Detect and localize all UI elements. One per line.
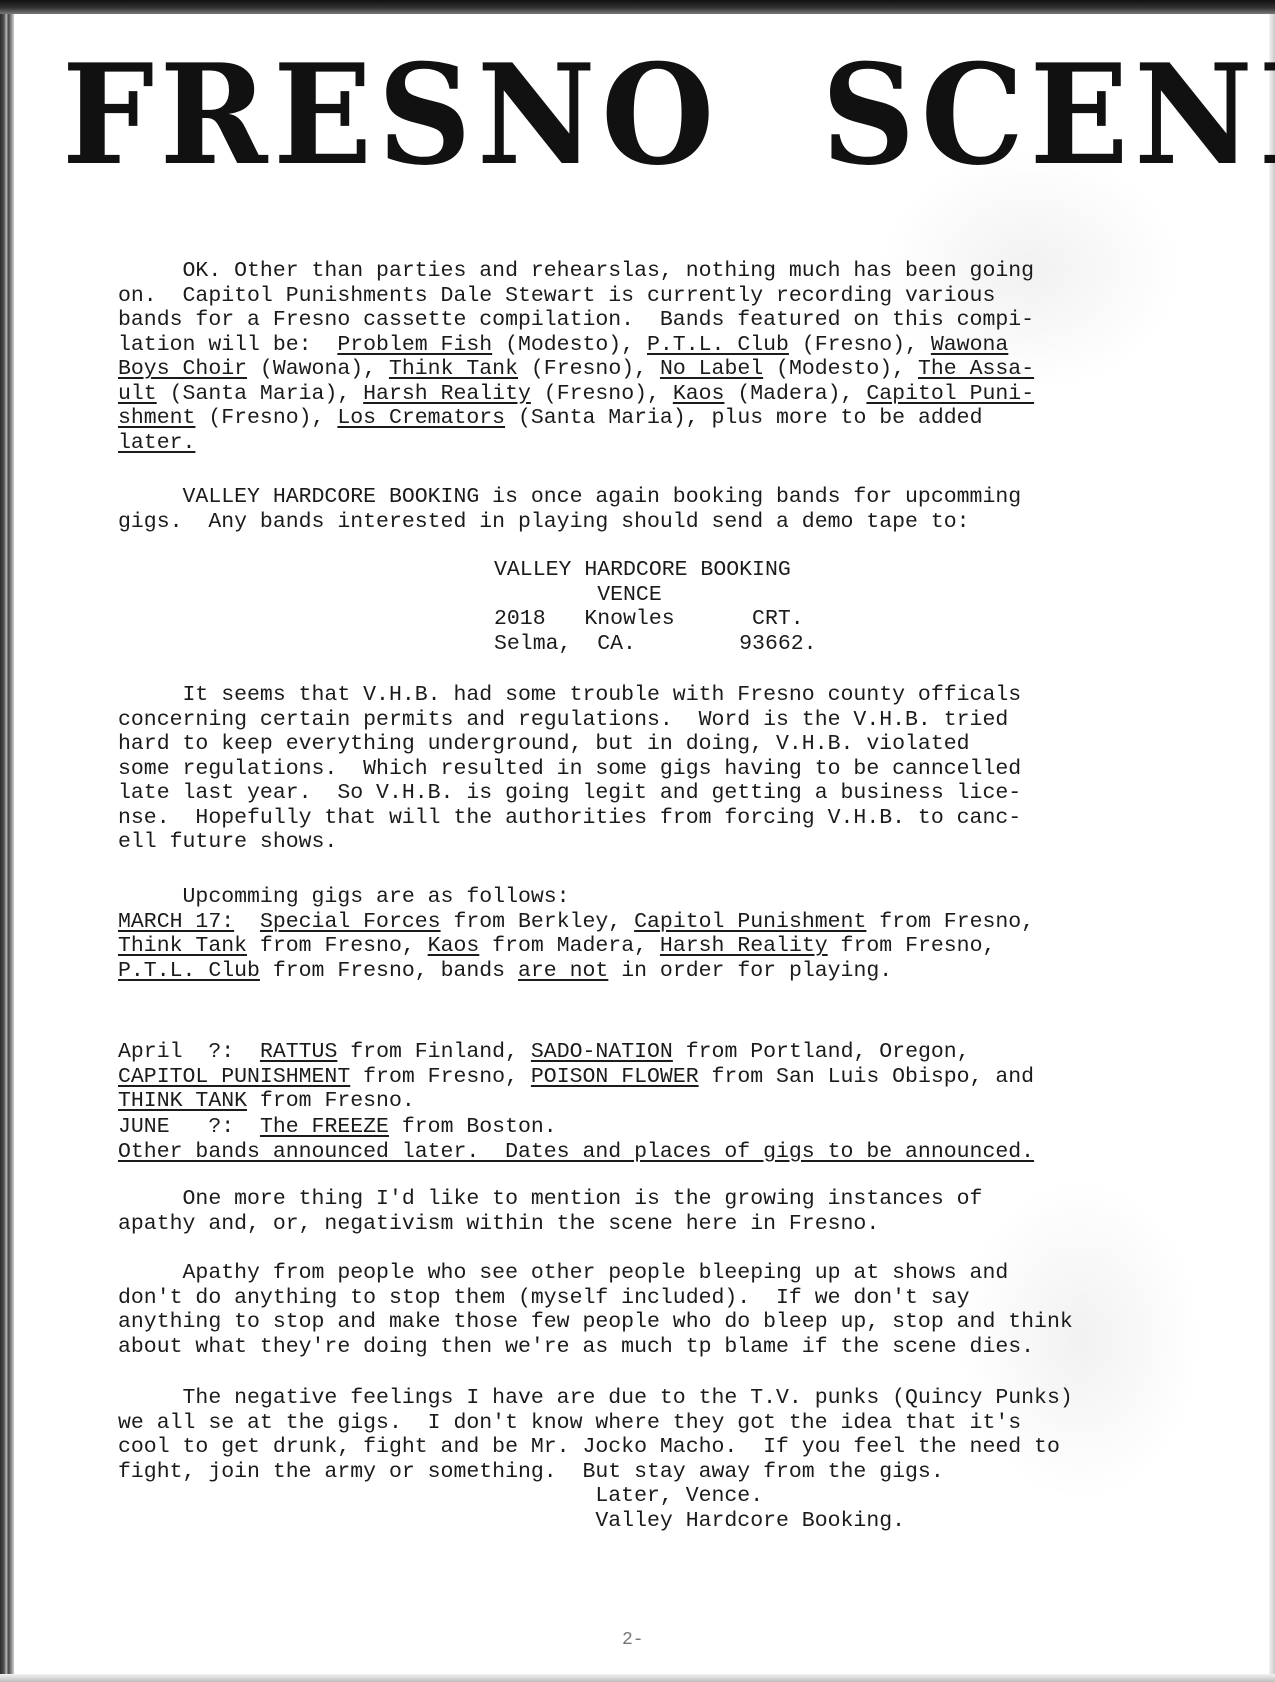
text-line: ult (Santa Maria), Harsh Reality (Fresno… [118, 382, 1034, 407]
text-line: bands for a Fresno cassette compilation.… [118, 308, 1034, 333]
text-run: concerning certain permits and regulatio… [118, 708, 1008, 732]
text-run: hard to keep everything underground, but… [118, 732, 970, 756]
underlined-text: MARCH 17: [118, 910, 234, 934]
text-line: VENCE [494, 583, 817, 608]
underlined-text: ult [118, 382, 157, 406]
gig-list-june: JUNE ?: The FREEZE from Boston.Other ban… [118, 1115, 1034, 1164]
text-run: Apathy from people who see other people … [118, 1261, 1008, 1285]
text-run: (Fresno), [531, 382, 673, 406]
text-line: cool to get drunk, fight and be Mr. Jock… [118, 1435, 1073, 1460]
underlined-text: Think Tank [389, 357, 518, 381]
scan-bottom-edge [0, 1674, 1275, 1682]
text-run: don't do anything to stop them (myself i… [118, 1286, 970, 1310]
text-run: from Fresno, [350, 1065, 531, 1089]
text-run: (Fresno), [518, 357, 660, 381]
text-run: from Fresno, [247, 934, 428, 958]
text-run: (Wawona), [247, 357, 389, 381]
gig-list-march: Upcomming gigs are as follows:MARCH 17: … [118, 885, 1034, 983]
text-run: from Fresno. [247, 1089, 415, 1113]
text-line: Apathy from people who see other people … [118, 1261, 1073, 1286]
text-line: on. Capitol Punishments Dale Stewart is … [118, 284, 1034, 309]
text-line: shment (Fresno), Los Cremators (Santa Ma… [118, 406, 1034, 431]
text-run: on. Capitol Punishments Dale Stewart is … [118, 284, 995, 308]
text-run: from Portland, Oregon, [673, 1040, 970, 1064]
text-run: from Berkley, [441, 910, 635, 934]
text-run: (Santa Maria), plus more to be added [505, 406, 982, 430]
underlined-text: No Label [660, 357, 763, 381]
text-line: hard to keep everything underground, but… [118, 732, 1021, 757]
text-line: THINK TANK from Fresno. [118, 1089, 1034, 1114]
text-run: VENCE [494, 583, 662, 607]
text-line: late last year. So V.H.B. is going legit… [118, 781, 1021, 806]
text-line: Later, Vence. [118, 1484, 1073, 1509]
gig-list-april: April ?: RATTUS from Finland, SADO-NATIO… [118, 1040, 1034, 1114]
text-run: One more thing I'd like to mention is th… [118, 1187, 982, 1211]
text-line: It seems that V.H.B. had some trouble wi… [118, 683, 1021, 708]
text-run: JUNE ?: [118, 1115, 260, 1139]
underlined-text: Other bands announced later. Dates and p… [118, 1140, 1034, 1164]
paragraph-permits: It seems that V.H.B. had some trouble wi… [118, 683, 1021, 855]
text-line: gigs. Any bands interested in playing sh… [118, 510, 1021, 535]
text-line: don't do anything to stop them (myself i… [118, 1286, 1073, 1311]
text-line: lation will be: Problem Fish (Modesto), … [118, 333, 1034, 358]
text-line: apathy and, or, negativism within the sc… [118, 1212, 982, 1237]
text-run: (Modesto), [763, 357, 918, 381]
underlined-text: THINK TANK [118, 1089, 247, 1113]
text-run: fight, join the army or something. But s… [118, 1460, 944, 1484]
text-run: 2018 Knowles CRT. [494, 607, 804, 631]
scan-right-edge [1269, 14, 1275, 1682]
text-run: Valley Hardcore Booking. [118, 1509, 905, 1533]
underlined-text: Wawona [931, 333, 1008, 357]
text-line: anything to stop and make those few peop… [118, 1310, 1073, 1335]
text-line: Valley Hardcore Booking. [118, 1509, 1073, 1534]
paragraph-compilation: OK. Other than parties and rehearslas, n… [118, 259, 1034, 455]
underlined-text: Think Tank [118, 934, 247, 958]
text-line: we all se at the gigs. I don't know wher… [118, 1411, 1073, 1436]
text-line: fight, join the army or something. But s… [118, 1460, 1073, 1485]
scan-binding-edge [0, 14, 14, 1682]
text-run: April ?: [118, 1040, 260, 1064]
underlined-text: Special Forces [260, 910, 441, 934]
underlined-text: shment [118, 406, 195, 430]
text-line: JUNE ?: The FREEZE from Boston. [118, 1115, 1034, 1140]
underlined-text: POISON FLOWER [531, 1065, 699, 1089]
text-run: from Madera, [479, 934, 660, 958]
page-number: 2- [622, 1630, 644, 1650]
text-line: VALLEY HARDCORE BOOKING is once again bo… [118, 485, 1021, 510]
text-run: in order for playing. [608, 959, 892, 983]
underlined-text: SADO-NATION [531, 1040, 673, 1064]
text-run: apathy and, or, negativism within the sc… [118, 1212, 879, 1236]
text-run: from Boston. [389, 1115, 557, 1139]
paragraph-apathy-intro: One more thing I'd like to mention is th… [118, 1187, 982, 1236]
text-line: MARCH 17: Special Forces from Berkley, C… [118, 910, 1034, 935]
underlined-text: are not [518, 959, 608, 983]
text-line: 2018 Knowles CRT. [494, 607, 817, 632]
text-run: anything to stop and make those few peop… [118, 1310, 1073, 1334]
mailing-address: VALLEY HARDCORE BOOKING VENCE2018 Knowle… [494, 558, 817, 656]
text-run: Upcomming gigs are as follows: [118, 885, 570, 909]
text-run: gigs. Any bands interested in playing sh… [118, 510, 970, 534]
paragraph-booking: VALLEY HARDCORE BOOKING is once again bo… [118, 485, 1021, 534]
text-line: April ?: RATTUS from Finland, SADO-NATIO… [118, 1040, 1034, 1065]
text-run: (Fresno), [195, 406, 337, 430]
underlined-text: RATTUS [260, 1040, 337, 1064]
underlined-text: Harsh Reality [660, 934, 828, 958]
text-line: OK. Other than parties and rehearslas, n… [118, 259, 1034, 284]
underlined-text: Harsh Reality [363, 382, 531, 406]
text-run: about what they're doing then we're as m… [118, 1335, 1034, 1359]
underlined-text: The Assa- [918, 357, 1034, 381]
underlined-text: Capitol Punishment [634, 910, 866, 934]
text-run: The negative feelings I have are due to … [118, 1386, 1073, 1410]
text-run: (Modesto), [492, 333, 647, 357]
underlined-text: Kaos [673, 382, 725, 406]
text-line: Think Tank from Fresno, Kaos from Madera… [118, 934, 1034, 959]
text-line: Upcomming gigs are as follows: [118, 885, 1034, 910]
text-run: VALLEY HARDCORE BOOKING [494, 558, 791, 582]
text-run: Selma, CA. 93662. [494, 632, 817, 656]
text-run: (Santa Maria), [157, 382, 363, 406]
underlined-text: Kaos [428, 934, 480, 958]
underlined-text: P.T.L. Club [118, 959, 260, 983]
text-run: cool to get drunk, fight and be Mr. Jock… [118, 1435, 1060, 1459]
text-run: (Madera), [724, 382, 866, 406]
text-line: VALLEY HARDCORE BOOKING [494, 558, 817, 583]
text-line: about what they're doing then we're as m… [118, 1335, 1073, 1360]
text-run: It seems that V.H.B. had some trouble wi… [118, 683, 1021, 707]
text-run [234, 910, 260, 934]
text-line: Boys Choir (Wawona), Think Tank (Fresno)… [118, 357, 1034, 382]
underlined-text: CAPITOL PUNISHMENT [118, 1065, 350, 1089]
scan-top-edge [0, 0, 1275, 14]
text-line: nse. Hopefully that will the authorities… [118, 806, 1021, 831]
text-run: bands for a Fresno cassette compilation.… [118, 308, 1034, 332]
text-line: Selma, CA. 93662. [494, 632, 817, 657]
page-title: FRESNO SCENE [62, 40, 1171, 190]
text-line: Other bands announced later. Dates and p… [118, 1140, 1034, 1165]
text-line: P.T.L. Club from Fresno, bands are not i… [118, 959, 1034, 984]
text-line: ell future shows. [118, 830, 1021, 855]
text-run: lation will be: [118, 333, 337, 357]
text-run: from Finland, [337, 1040, 531, 1064]
text-line: CAPITOL PUNISHMENT from Fresno, POISON F… [118, 1065, 1034, 1090]
underlined-text: Los Cremators [337, 406, 505, 430]
text-run: Later, Vence. [118, 1484, 763, 1508]
text-line: concerning certain permits and regulatio… [118, 708, 1021, 733]
text-run: (Fresno), [789, 333, 931, 357]
text-run: from Fresno, [828, 934, 996, 958]
underlined-text: Capitol Puni- [866, 382, 1034, 406]
underlined-text: The FREEZE [260, 1115, 389, 1139]
underlined-text: Boys Choir [118, 357, 247, 381]
text-run: ell future shows. [118, 830, 337, 854]
text-line: The negative feelings I have are due to … [118, 1386, 1073, 1411]
text-run: VALLEY HARDCORE BOOKING is once again bo… [118, 485, 1021, 509]
text-run: we all se at the gigs. I don't know wher… [118, 1411, 1021, 1435]
underlined-text: later. [118, 431, 195, 455]
paragraph-apathy: Apathy from people who see other people … [118, 1261, 1073, 1359]
underlined-text: Problem Fish [337, 333, 492, 357]
underlined-text: P.T.L. Club [647, 333, 789, 357]
text-line: One more thing I'd like to mention is th… [118, 1187, 982, 1212]
text-line: later. [118, 431, 1034, 456]
text-run: late last year. So V.H.B. is going legit… [118, 781, 1021, 805]
text-run: OK. Other than parties and rehearslas, n… [118, 259, 1034, 283]
text-run: from Fresno, [866, 910, 1034, 934]
text-run: nse. Hopefully that will the authorities… [118, 806, 1021, 830]
text-run: from San Luis Obispo, and [699, 1065, 1034, 1089]
text-run: some regulations. Which resulted in some… [118, 757, 1021, 781]
text-run: from Fresno, bands [260, 959, 518, 983]
text-line: some regulations. Which resulted in some… [118, 757, 1021, 782]
paragraph-negativity-signoff: The negative feelings I have are due to … [118, 1386, 1073, 1533]
